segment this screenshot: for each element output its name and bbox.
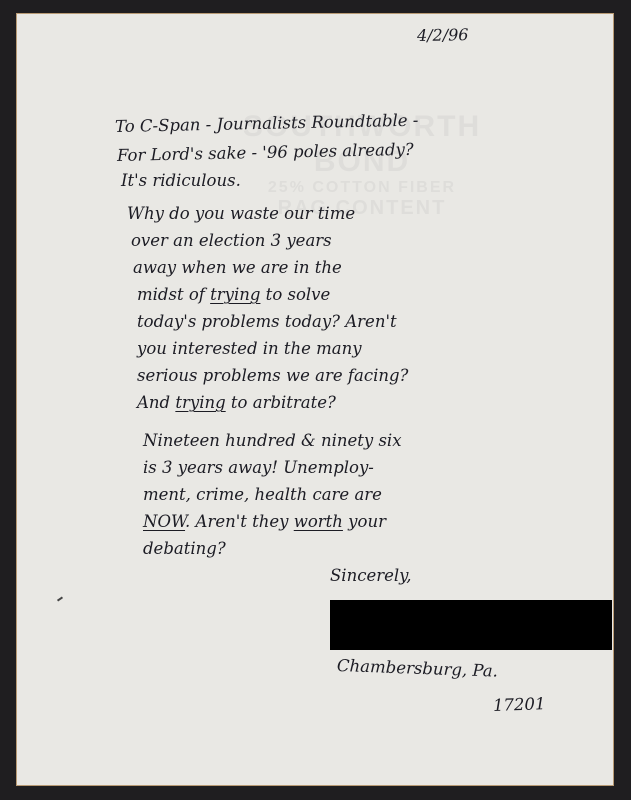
ink-mark: [57, 596, 63, 601]
body-line-5: away when we are in the: [133, 258, 342, 277]
body-line-2: It's ridiculous.: [121, 171, 241, 190]
body-text: . Aren't they: [185, 512, 294, 531]
body-line-14: NOW. Aren't they worth your: [143, 512, 386, 531]
closing: Sincerely,: [330, 566, 412, 585]
body-line-4: over an election 3 years: [131, 231, 332, 250]
underlined-word: NOW: [143, 512, 185, 531]
body-text: to arbitrate?: [226, 393, 336, 412]
body-line-10: And trying to arbitrate?: [137, 393, 336, 412]
body-text: And: [137, 393, 175, 412]
city-line: Chambersburg, Pa.: [337, 656, 499, 681]
body-text: your: [343, 512, 386, 531]
body-line-12: is 3 years away! Unemploy-: [143, 458, 374, 477]
body-line-13: ment, crime, health care are: [143, 485, 382, 504]
body-line-8: you interested in the many: [137, 339, 362, 358]
body-line-15: debating?: [143, 539, 226, 558]
letter-page: SOUTHWORTH BOND 25% COTTON FIBER RAG CON…: [17, 14, 613, 785]
body-line-7: today's problems today? Aren't: [137, 312, 397, 331]
underlined-word: trying: [210, 285, 260, 304]
body-line-6: midst of trying to solve: [137, 285, 330, 304]
underlined-word: trying: [175, 393, 225, 412]
letter-date: 4/2/96: [417, 25, 469, 45]
body-text: midst of: [137, 285, 210, 304]
body-line-9: serious problems we are facing?: [137, 366, 408, 385]
body-text: to solve: [260, 285, 330, 304]
watermark-line-2: 25% COTTON FIBER: [217, 179, 507, 197]
underlined-word: worth: [294, 512, 343, 531]
signature-redaction: [330, 600, 612, 650]
body-line-3: Why do you waste our time: [127, 204, 355, 223]
body-line-11: Nineteen hundred & ninety six: [143, 431, 402, 450]
zip-code: 17201: [493, 694, 546, 715]
